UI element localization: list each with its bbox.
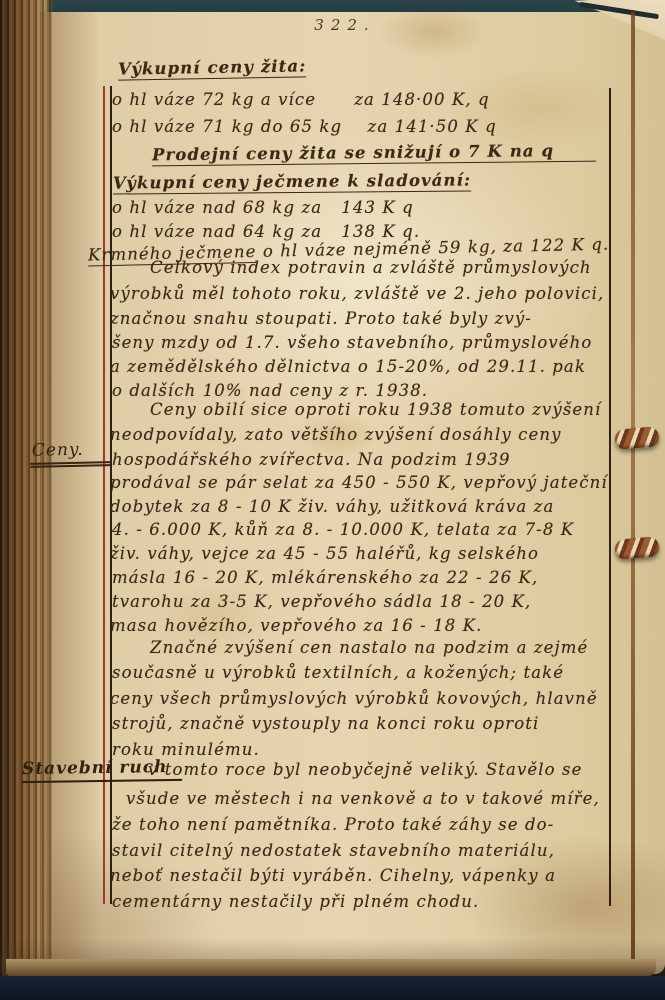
handwritten-line: stavil citelný nedostatek stavebního mat… xyxy=(112,841,555,861)
handwritten-line: dobytek za 8 - 10 K živ. váhy, užitková … xyxy=(110,497,554,517)
handwritten-line: strojů, značně vystouply na konci roku o… xyxy=(112,714,539,734)
handwritten-line: výrobků měl tohoto roku, zvláště ve 2. j… xyxy=(110,284,604,304)
handwritten-line: másla 16 - 20 K, mlékárenského za 22 - 2… xyxy=(112,568,538,588)
handwritten-line: ceny všech průmyslových výrobků kovových… xyxy=(110,689,598,709)
handwritten-line: hospodářského zvířectva. Na podzim 1939 xyxy=(112,450,511,470)
handwritten-line: roku minulému. xyxy=(112,740,260,760)
handwritten-line: o dalších 10% nad ceny z r. 1938. xyxy=(112,381,428,401)
handwritten-line: šeny mzdy od 1.7. všeho stavebního, prům… xyxy=(112,333,592,353)
handwritten-line: živ. váhy, vejce za 45 - 55 haléřů, kg s… xyxy=(110,544,539,564)
right-margin-rule xyxy=(609,88,611,906)
handwritten-line: o hl váze 72 kg a více za 148·00 K, q xyxy=(112,90,490,110)
handwritten-line: Ceny obilí sice oproti roku 1938 tomuto … xyxy=(150,400,601,420)
handwritten-line: neboť nestačil býti vyráběn. Cihelny, vá… xyxy=(110,866,556,886)
table-background xyxy=(0,976,665,1000)
handwritten-line: současně u výrobků textilních, a koženýc… xyxy=(112,663,564,683)
heading-vykupni-ceny-zita: Výkupní ceny žita: xyxy=(118,56,307,79)
handwritten-line: že toho není pamětníka. Proto také záhy … xyxy=(112,815,554,835)
handwritten-line: cementárny nestačily při plném chodu. xyxy=(112,892,479,912)
handwritten-line: všude ve městech i na venkově a to v tak… xyxy=(126,789,600,809)
heading-prodejni-ceny-zita: Prodejní ceny žita se snižují o 7 K na q xyxy=(152,141,596,166)
margin-label-ceny: Ceny. xyxy=(30,439,110,468)
right-fold-crease xyxy=(631,12,635,972)
handwritten-line: v tomto roce byl neobyčejně veliký. Stav… xyxy=(148,760,582,780)
handwritten-line: tvarohu za 3-5 K, vepřového sádla 18 - 2… xyxy=(112,592,531,612)
photo-of-chronicle-page: 322. Ceny. Stavební ruch Výkupní ceny ži… xyxy=(0,0,665,1000)
handwritten-line: neodpovídaly, zato většího zvýšení dosáh… xyxy=(110,425,562,445)
handwritten-line: o hl váze 71 kg do 65 kg za 141·50 K q xyxy=(112,117,497,137)
heading-vykupni-ceny-jecmene: Výkupní ceny ječmene k sladování: xyxy=(113,170,471,193)
handwritten-line: Značné zvýšení cen nastalo na podzim a z… xyxy=(150,638,588,658)
handwritten-line: a zemědělského dělnictva o 15-20%, od 29… xyxy=(110,357,586,377)
handwritten-line: o hl váze nad 68 kg za 143 K q xyxy=(112,198,414,218)
handwritten-line: 4. - 6.000 K, kůň za 8. - 10.000 K, tela… xyxy=(112,520,574,540)
handwritten-line: značnou snahu stoupati. Proto také byly … xyxy=(110,309,532,329)
gutter-shadow xyxy=(40,12,100,974)
handwritten-line: Celkový index potravin a zvláště průmysl… xyxy=(150,258,592,278)
handwritten-line: masa hovězího, vepřového za 16 - 18 K. xyxy=(110,616,483,636)
handwritten-line: prodával se pár selat za 450 - 550 K, ve… xyxy=(110,473,608,493)
page-number: 322. xyxy=(290,16,400,34)
